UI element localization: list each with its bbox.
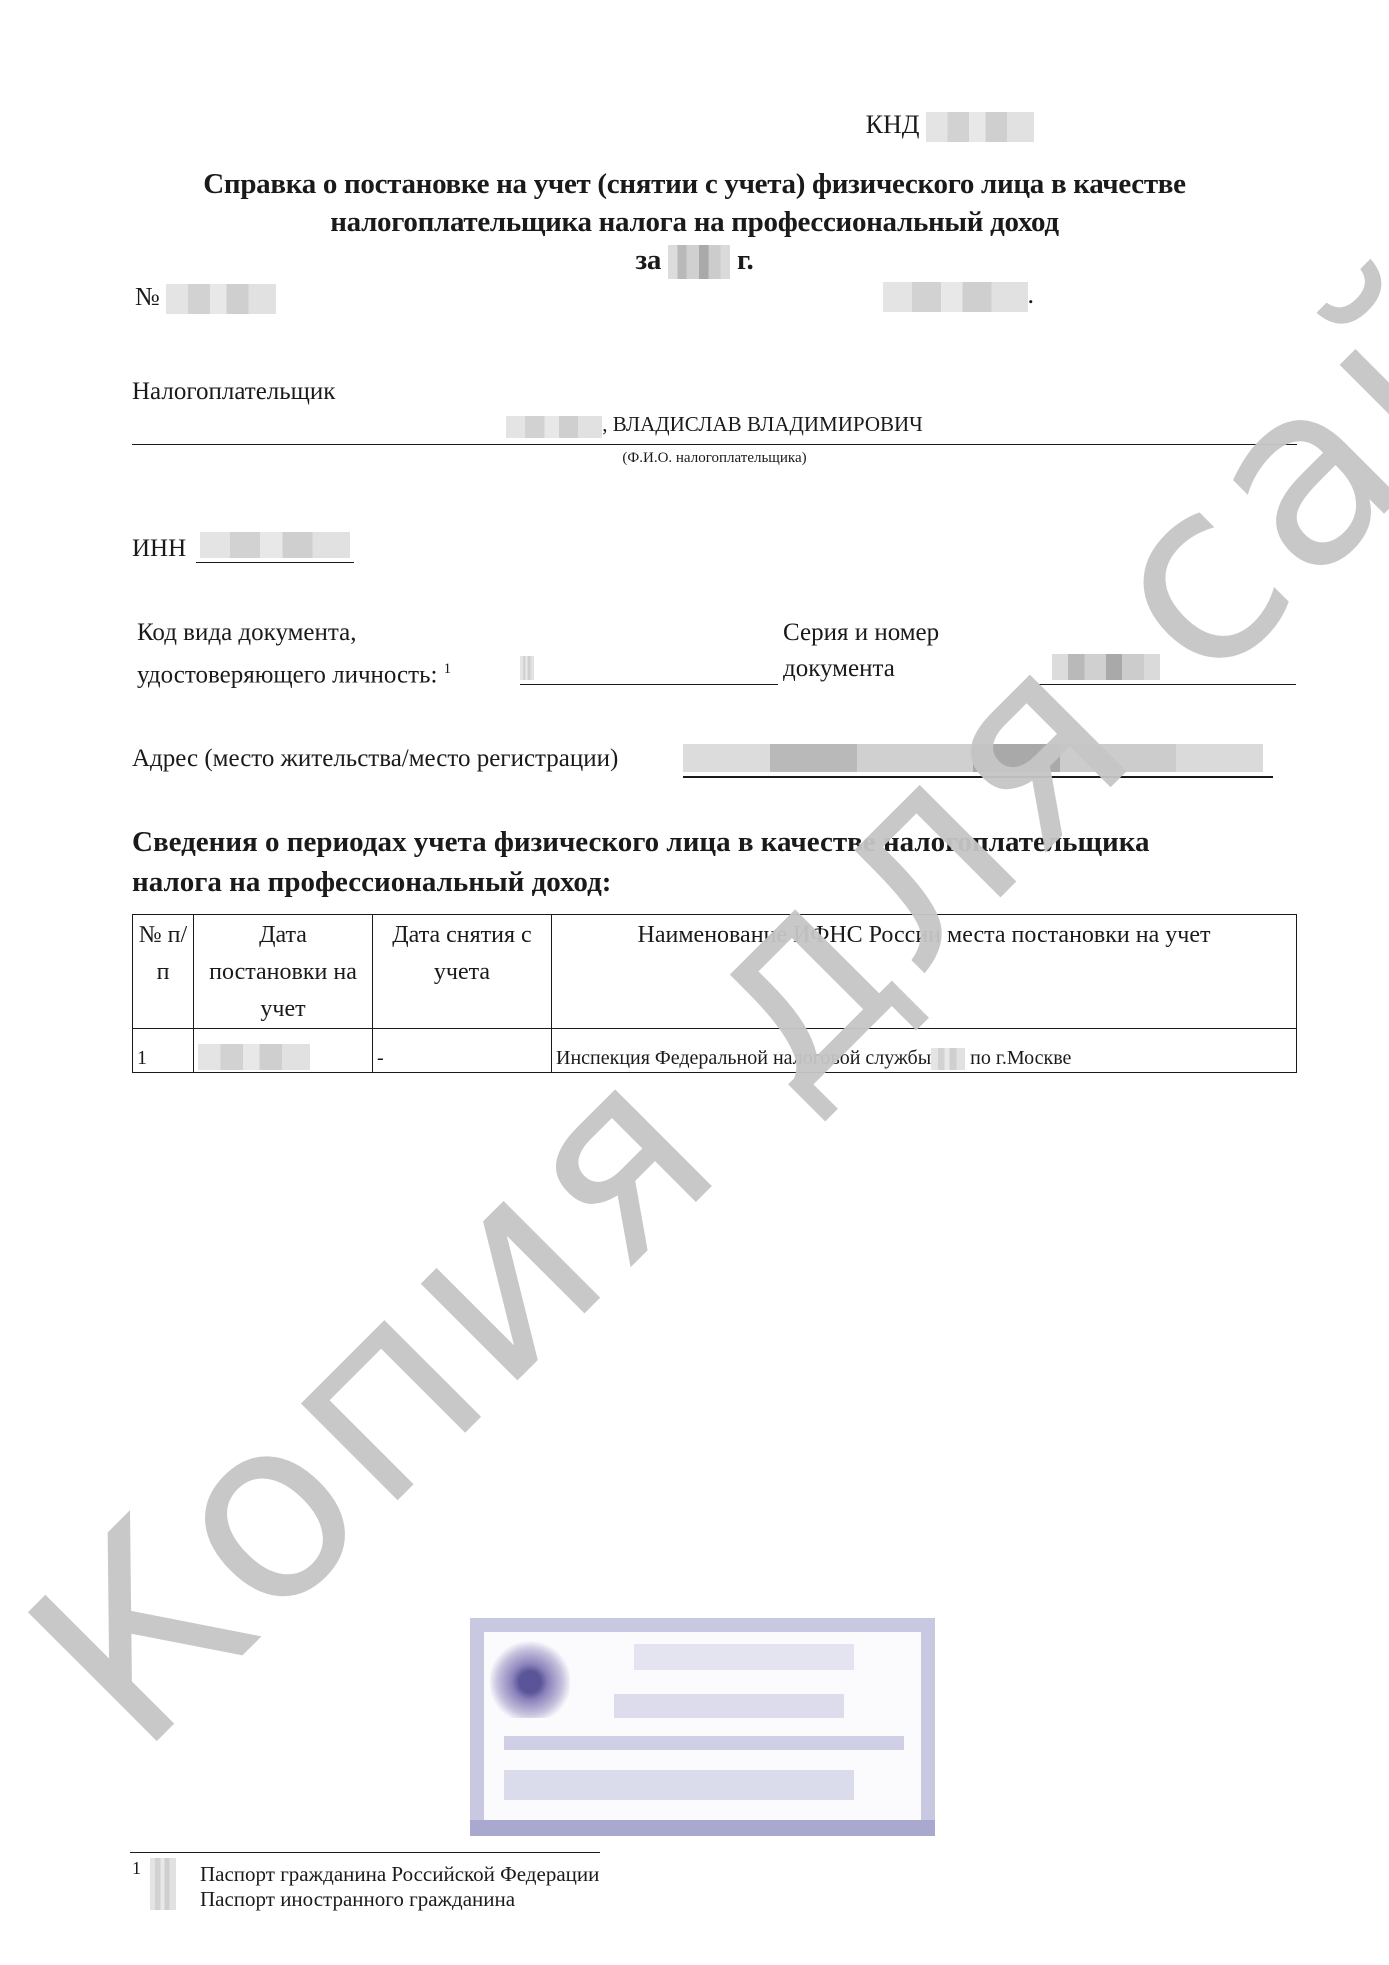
periods-table: № п/п Дата постановки на учет Дата сняти… [132,914,1297,1073]
title-line-1: Справка о постановке на учет (снятии с у… [0,165,1389,203]
knd-code: КНД [866,110,1034,142]
table-row: 1 - Инспекция Федеральной налоговой служ… [133,1029,1297,1073]
redacted-certificate-number [166,284,276,314]
knd-label: КНД [866,110,920,139]
number-label: № [135,282,160,311]
stamp-emblem-icon [490,1638,570,1718]
certificate-date: . [883,280,1035,312]
inn-field [196,530,354,563]
footnote-marker: 1 [132,1858,176,1910]
doc-code-label: Код вида документа, удостоверяющего личн… [137,615,451,693]
taxpayer-name-caption: (Ф.И.О. налогоплательщика) [132,450,1297,467]
certificate-number: № [135,282,276,314]
column-header-index: № п/п [133,915,194,1029]
doc-series-field [1038,650,1296,685]
cell-registration-date [194,1029,373,1073]
redacted-ifns-number [931,1048,965,1070]
periods-section-title: Сведения о периодах учета физического ли… [132,822,1312,902]
redacted-surname [506,416,602,438]
address-label: Адрес (место жительства/место регистраци… [132,745,618,773]
redacted-date [883,282,1028,312]
cell-ifns-name: Инспекция Федеральной налоговой службы п… [552,1029,1297,1073]
doc-code-field [520,650,778,685]
redacted-doc-codes [150,1858,176,1910]
redacted-doc-code [520,656,534,680]
redacted-year [668,245,730,279]
cell-index: 1 [133,1029,194,1073]
taxpayer-label: Налогоплательщик [132,378,335,406]
inn-label: ИНН [132,535,186,562]
redacted-registration-date [198,1044,310,1070]
footnote-divider [130,1852,600,1853]
document-title: Справка о постановке на учет (снятии с у… [0,165,1389,279]
footnote-item-1: Паспорт гражданина Российской Федерации [200,1862,599,1887]
inn-row: ИНН [132,530,354,563]
doc-series-label: Серия и номер документа [783,615,939,687]
date-suffix: . [1028,280,1035,309]
redacted-address [683,744,1263,772]
cell-deregistration-date: - [373,1029,552,1073]
footnote-ref: 1 [444,661,452,677]
table-header-row: № п/п Дата постановки на учет Дата сняти… [133,915,1297,1029]
column-header-registration-date: Дата постановки на учет [194,915,373,1029]
title-line-year: за г. [0,241,1389,279]
electronic-signature-stamp [470,1618,935,1836]
title-line-2: налогоплательщика налога на профессионал… [0,203,1389,241]
address-field [683,742,1273,778]
taxpayer-name: , ВЛАДИСЛАВ ВЛАДИМИРОВИЧ [602,412,923,436]
column-header-deregistration-date: Дата снятия с учета [373,915,552,1029]
footnote-item-2: Паспорт иностранного гражданина [200,1887,515,1912]
taxpayer-name-field: , ВЛАДИСЛАВ ВЛАДИМИРОВИЧ [132,412,1297,445]
redacted-doc-series [1052,654,1160,680]
column-header-ifns-name: Наименование ИФНС России места постановк… [552,915,1297,1029]
redacted-inn [200,532,350,558]
redacted-knd-number [926,112,1034,142]
